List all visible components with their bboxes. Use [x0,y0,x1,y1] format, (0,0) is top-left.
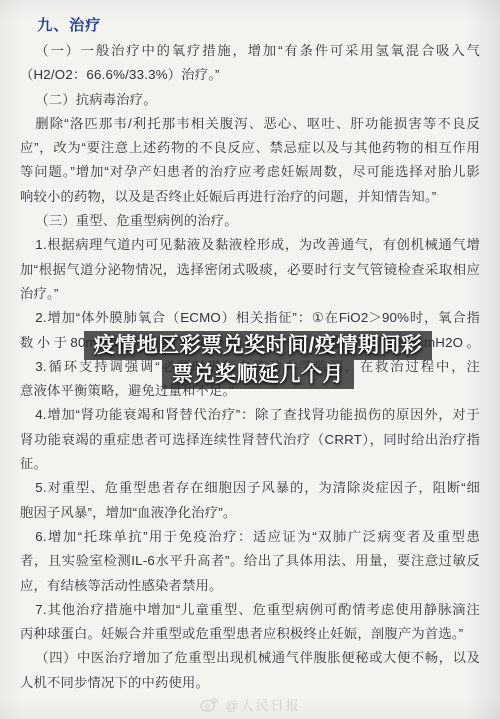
text-line: 5.对重型、危重型患者存在细胞因子风暴的，为清除炎症因子，阻断“细 [20,476,480,500]
text-line: 4.增加“肾功能衰竭和肾替代治疗”：除了查找肾功能损伤的原因外，对于 [20,403,480,427]
text-line: 3.循环支持调强调“必要时进行血流动力学监测，在救治过程中，注 [20,355,480,379]
article-content: 九、治疗 （一）一般治疗中的氧疗措施，增加“有条件可采用氢氧混合吸入气（H2/O… [0,0,500,695]
text-line: 2.增加“体外膜肺氧合（ECMO）相关指征”：①在FiO2＞90%时，氧合指 [20,306,480,330]
text-line: 1.根据病理气道内可见黏液及黏液栓形成，为改善通气，有创机械通气增 [20,233,480,257]
text-line: 治疗。” [20,282,480,306]
text-line: 7.其他治疗措施中增加“儿童重型、危重型病例可酌情考虑使用静脉滴注 [20,598,480,622]
text-line: 意液体平衡策略，避免过量和不足。” [20,379,480,403]
text-line: 胞因子风暴”，增加“血液净化治疗”。 [20,501,480,525]
text-line: 者，且实验室检测IL-6水平升高者”。给出了具体用法、用量，要注意过敏反 [20,549,480,573]
text-line: 删除“洛匹那韦/利托那韦相关腹泻、恶心、呕吐、肝功能损害等不良反 [20,112,480,136]
text-line: 应，有结核等活动性感染者禁用。 [20,574,480,598]
text-line: 6.增加“托珠单抗”用于免疫治疗：适应证为“双肺广泛病变者及重型患 [20,525,480,549]
document-lines: （一）一般治疗中的氧疗措施，增加“有条件可采用氢氧混合吸入气（H2/O2：66.… [20,39,480,695]
text-line: （四）中医治疗增加了危重型出现机械通气伴腹胀便秘或大便不畅，以及 [20,646,480,670]
watermark-text: @人民日报 [225,695,300,714]
article-page: 九、治疗 （一）一般治疗中的氧疗措施，增加“有条件可采用氢氧混合吸入气（H2/O… [0,0,500,719]
watermark: @人民日报 [0,695,500,714]
text-line: 数小于80mmHg，持续3－4小时以上；②气道平台压≥35cmH2O。 [20,331,480,355]
text-line: 征。 [20,452,480,476]
text-line: （二）抗病毒治疗。 [20,88,480,112]
section-heading: 九、治疗 [20,13,480,39]
text-line: 人机不同步情况下的中药使用。 [20,671,480,695]
text-line: 应”，改为“要注意上述药物的不良反应、禁忌症以及与其他药物的相互作用 [20,136,480,160]
weibo-icon [199,696,220,713]
text-line: 肾功能衰竭的重症患者可选择连续性肾替代治疗（CRRT），同时给出治疗指 [20,428,480,452]
text-line: （三）重型、危重型病例的治疗。 [20,209,480,233]
text-line: 等问题。”增加“对孕产妇患者的治疗应考虑妊娠周数，尽可能选择对胎儿影 [20,160,480,184]
text-line: 加“根据气道分泌物情况，选择密闭式吸痰，必要时行支气管镜检查采取相应 [20,258,480,282]
text-line: （一）一般治疗中的氧疗措施，增加“有条件可采用氢氧混合吸入气 [20,39,480,63]
text-line: 丙种球蛋白。妊娠合并重型或危重型患者应积极终止妊娠，剖腹产为首选。” [20,622,480,646]
text-line: （H2/O2：66.6%/33.3%）治疗。” [20,63,480,87]
text-line: 响较小的药物，以及是否终止妊娠后再进行治疗的问题，并知情告知。” [20,185,480,209]
